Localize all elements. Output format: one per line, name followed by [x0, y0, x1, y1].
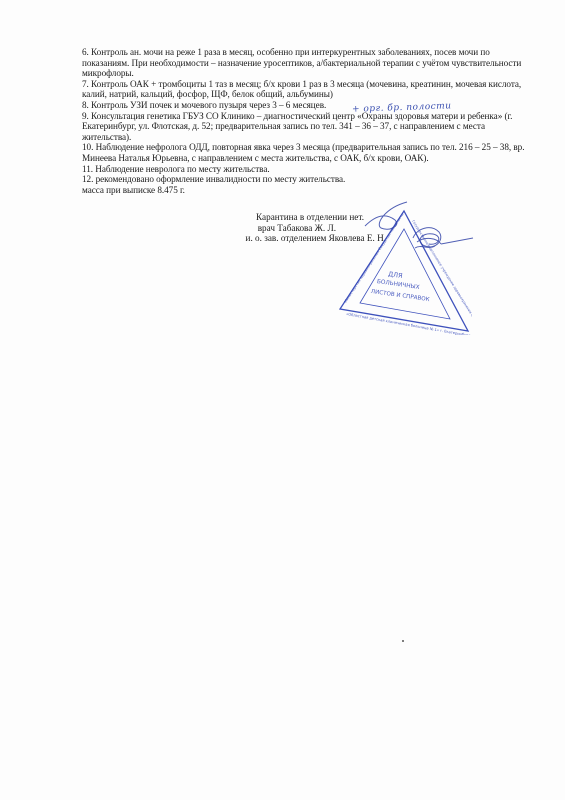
stamp-bottom-edge: «Областная детская клиническая больница …	[346, 312, 472, 335]
signature-icon	[355, 198, 475, 278]
paragraph-item-7: 7. Контроль ОАК + тромбоциты 1 таз в мес…	[82, 79, 534, 100]
paragraph-item-9: 9. Консультация генетика ГБУЗ СО Клинико…	[82, 111, 534, 143]
paragraph-item-11: 11. Наблюдение невролога по месту житель…	[82, 164, 534, 175]
paragraph-item-12: 12. рекомендовано оформление инвалидност…	[82, 174, 534, 185]
stamp-center-2: БОЛЬНИЧНЫХ	[376, 279, 419, 291]
paragraph-item-10: 10. Наблюдение нефролога ОДД, повторная …	[82, 142, 534, 163]
paragraph-item-6: 6. Контроль ан. мочи на реже 1 раза в ме…	[82, 47, 534, 79]
recommendations-text: 6. Контроль ан. мочи на реже 1 раза в ме…	[82, 47, 534, 195]
scan-speck	[402, 640, 404, 642]
paragraph-item-8: 8. Контроль УЗИ почек и мочевого пузыря …	[82, 100, 534, 111]
document-page: 6. Контроль ан. мочи на реже 1 раза в ме…	[0, 0, 565, 800]
stamp-center-3: ЛИСТОВ И СПРАВОК	[370, 289, 430, 303]
discharge-weight: масса при выписке 8.475 г.	[82, 185, 534, 196]
